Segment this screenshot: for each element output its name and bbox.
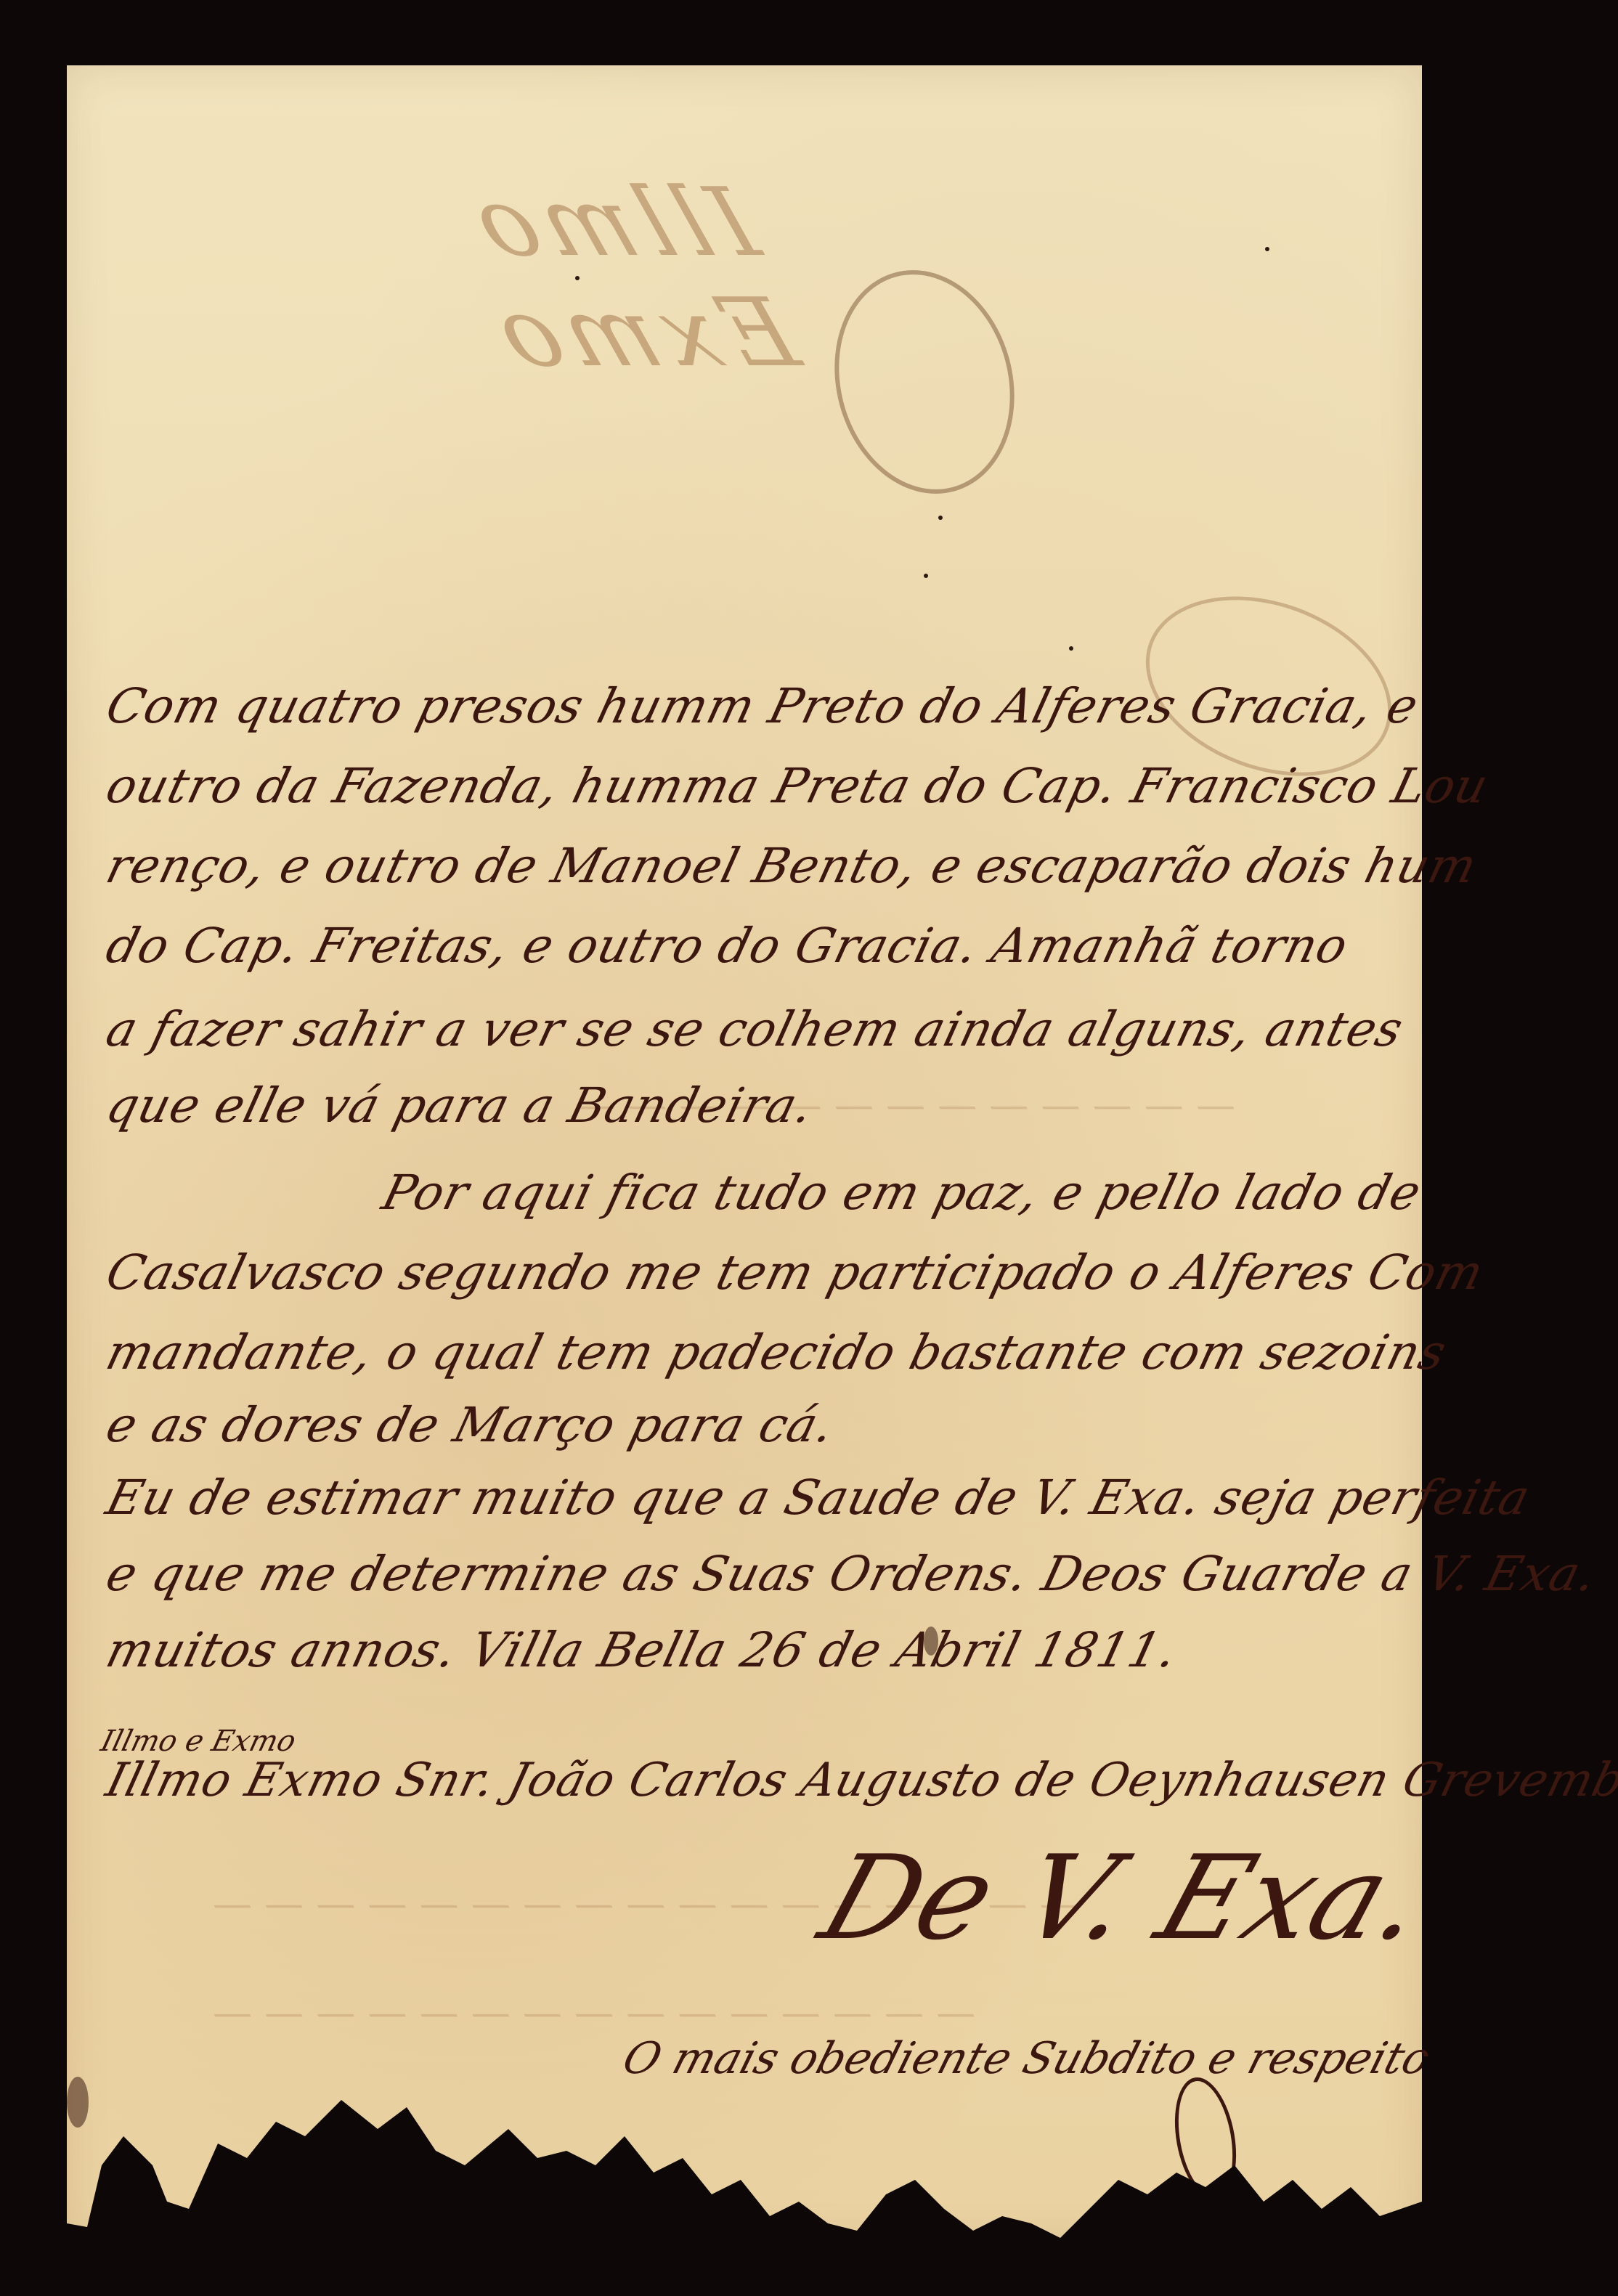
letter-line-6: que elle vá para a Bandeira. [102, 1082, 1290, 1130]
letter-line-5: a fazer sahir a ver se se colhem ainda a… [102, 1006, 1290, 1054]
letter-line-9: mandante, o qual tem padecido bastante c… [102, 1329, 1290, 1377]
bleedthrough-oval [810, 250, 1039, 514]
ink-speck [1069, 646, 1073, 651]
letter-line-10: e as dores de Março para cá. [102, 1401, 1290, 1449]
letter-line-4: do Cap. Freitas, e outro do Gracia. Aman… [102, 922, 1290, 970]
letter-line-1: Com quatro presos humm Preto do Alferes … [102, 683, 1290, 730]
letter-line-7: Por aqui fica tudo em paz, e pello lado … [378, 1169, 1566, 1217]
burnt-edge [0, 2056, 1618, 2296]
addressee-line: Illmo Exmo Snr. João Carlos Augusto de O… [102, 1757, 1290, 1804]
bleedthrough-text: — — — — — — — — — — — — — — — [206, 1990, 980, 2035]
ink-speck [924, 574, 928, 578]
ink-speck [1265, 247, 1269, 251]
letter-line-3: renço, e outro de Manoel Bento, e escapa… [102, 842, 1290, 890]
letter-line-12: e que me determine as Suas Ordens. Deos … [102, 1550, 1290, 1598]
letter-line-11: Eu de estimar muito que a Saude de V. Ex… [102, 1474, 1290, 1522]
closing-abbreviation: De V. Exa. [806, 1830, 1443, 1966]
letter-line-13: muitos annos. Villa Bella 26 de Abril 18… [102, 1627, 1290, 1674]
ink-speck [938, 516, 943, 520]
letter-line-8: Casalvasco segundo me tem participado o … [102, 1249, 1290, 1297]
ink-speck [575, 276, 580, 280]
letter-line-2: outro da Fazenda, humma Preta do Cap. Fr… [102, 762, 1290, 810]
top-bleedthrough-mark: Illmo Exmo [281, 167, 781, 305]
